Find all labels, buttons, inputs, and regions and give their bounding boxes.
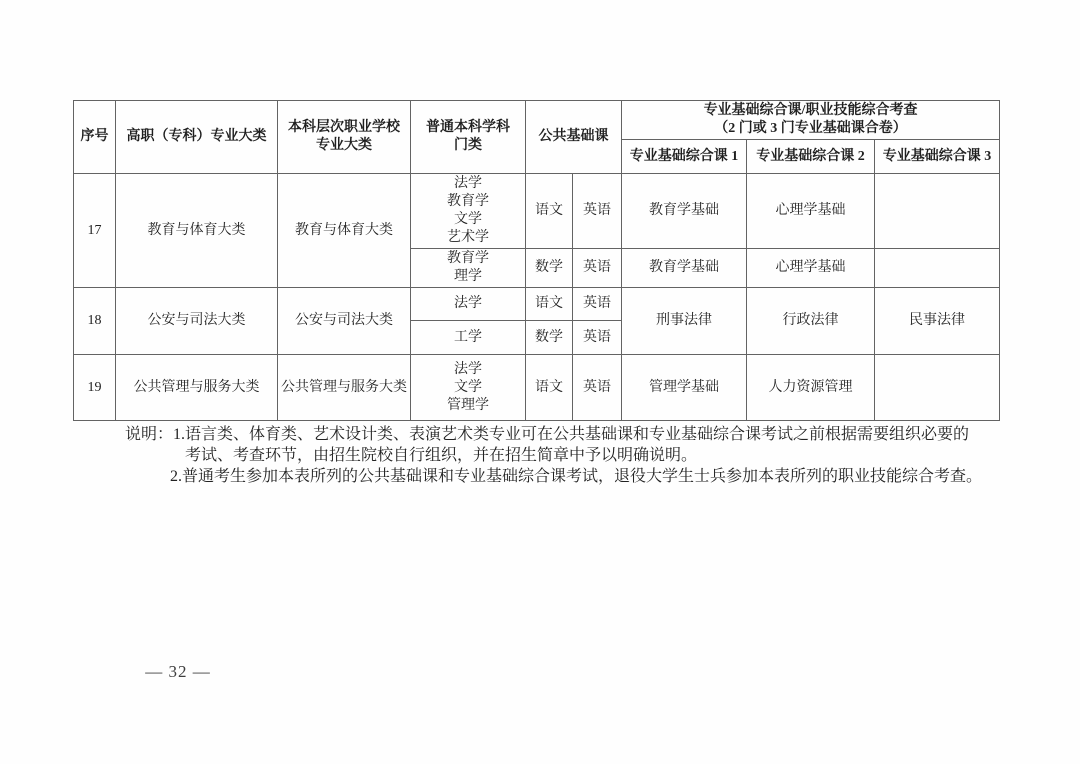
cell-r18-sub2-course2: 英语 — [573, 321, 622, 355]
cell-r18-sub2-course1: 数学 — [526, 321, 573, 355]
note-line-2: 考试、考查环节，由招生院校自行组织，并在招生简章中予以明确说明。 — [125, 445, 985, 466]
cell-r18-sub2-menlei: 工学 — [411, 321, 526, 355]
cell-r17-seq: 17 — [74, 174, 116, 288]
cell-r17-sub2-menlei: 教育学 理学 — [411, 249, 526, 288]
cell-r19-gaozhi: 公共管理与服务大类 — [116, 355, 278, 421]
exam-categories-table: 序号 高职（专科）专业大类 本科层次职业学校 专业大类 普通本科学科 门类 公共… — [73, 100, 1000, 421]
cell-r17-sub1-course1: 语文 — [526, 174, 573, 249]
cell-r17-sub1-comp3 — [875, 174, 1000, 249]
cell-r18-comp1: 刑事法律 — [622, 288, 747, 355]
cell-r17-sub2-comp1: 教育学基础 — [622, 249, 747, 288]
notes-section: 说明：1.语言类、体育类、艺术设计类、表演艺术类专业可在公共基础课和专业基础综合… — [125, 424, 985, 487]
cell-r19-menlei: 法学 文学 管理学 — [411, 355, 526, 421]
header-seq: 序号 — [74, 101, 116, 174]
table-row-19: 19 公共管理与服务大类 公共管理与服务大类 法学 文学 管理学 语文 英语 管… — [74, 355, 1000, 421]
header-benke-category: 本科层次职业学校 专业大类 — [278, 101, 411, 174]
cell-r17-sub1-comp1: 教育学基础 — [622, 174, 747, 249]
header-public-course: 公共基础课 — [526, 101, 622, 174]
cell-r17-sub1-menlei: 法学 教育学 文学 艺术学 — [411, 174, 526, 249]
note-line-1: 说明：1.语言类、体育类、艺术设计类、表演艺术类专业可在公共基础课和专业基础综合… — [125, 424, 985, 445]
table-row-18-sub1: 18 公安与司法大类 公安与司法大类 法学 语文 英语 刑事法律 行政法律 民事… — [74, 288, 1000, 321]
header-composite-2: 专业基础综合课 2 — [747, 140, 875, 174]
cell-r19-comp3 — [875, 355, 1000, 421]
cell-r19-course2: 英语 — [573, 355, 622, 421]
cell-r19-comp1: 管理学基础 — [622, 355, 747, 421]
cell-r18-comp2: 行政法律 — [747, 288, 875, 355]
cell-r17-sub1-comp2: 心理学基础 — [747, 174, 875, 249]
header-gaozhi-category: 高职（专科）专业大类 — [116, 101, 278, 174]
note-line-3: 2.普通考生参加本表所列的公共基础课和专业基础综合课考试，退役大学生士兵参加本表… — [125, 466, 985, 487]
header-row-1: 序号 高职（专科）专业大类 本科层次职业学校 专业大类 普通本科学科 门类 公共… — [74, 101, 1000, 140]
cell-r17-sub2-comp2: 心理学基础 — [747, 249, 875, 288]
header-discipline-category: 普通本科学科 门类 — [411, 101, 526, 174]
table-row-17-sub1: 17 教育与体育大类 教育与体育大类 法学 教育学 文学 艺术学 语文 英语 教… — [74, 174, 1000, 249]
header-composite-1: 专业基础综合课 1 — [622, 140, 747, 174]
cell-r17-sub1-course2: 英语 — [573, 174, 622, 249]
cell-r18-comp3: 民事法律 — [875, 288, 1000, 355]
cell-r19-comp2: 人力资源管理 — [747, 355, 875, 421]
header-composite-group: 专业基础综合课/职业技能综合考查 （2 门或 3 门专业基础课合卷） — [622, 101, 1000, 140]
cell-r19-seq: 19 — [74, 355, 116, 421]
page-number: — 32 — — [128, 662, 228, 682]
cell-r17-sub2-course2: 英语 — [573, 249, 622, 288]
cell-r17-sub2-course1: 数学 — [526, 249, 573, 288]
header-composite-3: 专业基础综合课 3 — [875, 140, 1000, 174]
cell-r17-gaozhi: 教育与体育大类 — [116, 174, 278, 288]
cell-r18-seq: 18 — [74, 288, 116, 355]
cell-r18-sub1-menlei: 法学 — [411, 288, 526, 321]
cell-r18-benke: 公安与司法大类 — [278, 288, 411, 355]
cell-r19-course1: 语文 — [526, 355, 573, 421]
cell-r18-sub1-course1: 语文 — [526, 288, 573, 321]
cell-r19-benke: 公共管理与服务大类 — [278, 355, 411, 421]
cell-r18-sub1-course2: 英语 — [573, 288, 622, 321]
document-page: 序号 高职（专科）专业大类 本科层次职业学校 专业大类 普通本科学科 门类 公共… — [0, 0, 1080, 764]
cell-r17-benke: 教育与体育大类 — [278, 174, 411, 288]
cell-r17-sub2-comp3 — [875, 249, 1000, 288]
cell-r18-gaozhi: 公安与司法大类 — [116, 288, 278, 355]
